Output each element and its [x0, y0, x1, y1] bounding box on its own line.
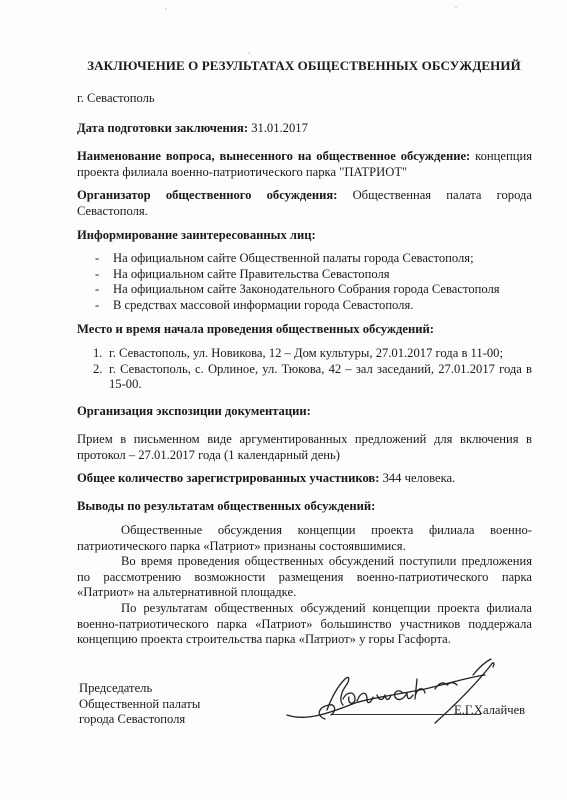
conclusion-paragraph: По результатам общественных обсуждений к… [77, 601, 532, 648]
issue-label: Наименование вопроса, вынесенного на общ… [77, 149, 470, 163]
list-item: -На официальном сайте Правительства Сева… [77, 267, 532, 283]
dash-marker: - [95, 267, 99, 283]
informing-label: Информирование заинтересованных лиц: [77, 228, 532, 244]
scan-artifact [455, 6, 457, 8]
city: г. Севастополь [77, 91, 532, 107]
position-line: Общественной палаты [79, 697, 200, 713]
venues-list: 1.г. Севастополь, ул. Новикова, 12 – Дом… [77, 346, 532, 393]
list-item: -В средствах массовой информации города … [77, 298, 532, 314]
list-item: -На официальном сайте Общественной палат… [77, 251, 532, 267]
preparation-date-label: Дата подготовки заключения: [77, 121, 248, 135]
conclusions-label: Выводы по результатам общественных обсуж… [77, 499, 532, 515]
dash-marker: - [95, 251, 99, 267]
preparation-date: Дата подготовки заключения: 31.01.2017 [77, 121, 532, 137]
organizer-label: Организатор общественного обсуждения: [77, 188, 337, 202]
number-marker: 1. [93, 346, 102, 362]
signatory-position: Председатель Общественной палаты города … [79, 681, 200, 728]
exposition-value: Прием в письменном виде аргументированны… [77, 432, 532, 463]
signatory-name: Е.Г.Халайчев [454, 703, 525, 719]
participants-section: Общее количество зарегистрированных учас… [77, 471, 532, 487]
document-title: ЗАКЛЮЧЕНИЕ О РЕЗУЛЬТАТАХ ОБЩЕСТВЕННЫХ ОБ… [64, 58, 544, 74]
dash-marker: - [95, 282, 99, 298]
organizer-section: Организатор общественного обсуждения: Об… [77, 188, 532, 219]
list-item: 2.г. Севастополь, с. Орлиное, ул. Тюкова… [77, 362, 532, 393]
informing-list: -На официальном сайте Общественной палат… [77, 251, 532, 313]
list-item: -На официальном сайте Законодательного С… [77, 282, 532, 298]
exposition-label: Организация экспозиции документации: [77, 404, 532, 420]
number-marker: 2. [93, 362, 102, 378]
venues-label: Место и время начала проведения обществе… [77, 322, 532, 338]
participants-value: 344 человека. [383, 471, 456, 485]
conclusion-paragraph: Общественные обсуждения концепции проект… [77, 523, 532, 554]
position-line: Председатель [79, 681, 200, 697]
preparation-date-value: 31.01.2017 [251, 121, 308, 135]
list-item: 1.г. Севастополь, ул. Новикова, 12 – Дом… [77, 346, 532, 362]
conclusion-paragraph: Во время проведения общественных обсужде… [77, 554, 532, 601]
scan-artifact [165, 8, 167, 10]
scan-artifact [248, 52, 250, 54]
participants-label: Общее количество зарегистрированных учас… [77, 471, 379, 485]
issue-section: Наименование вопроса, вынесенного на общ… [77, 149, 532, 180]
position-line: города Севастополя [79, 712, 200, 728]
dash-marker: - [95, 298, 99, 314]
